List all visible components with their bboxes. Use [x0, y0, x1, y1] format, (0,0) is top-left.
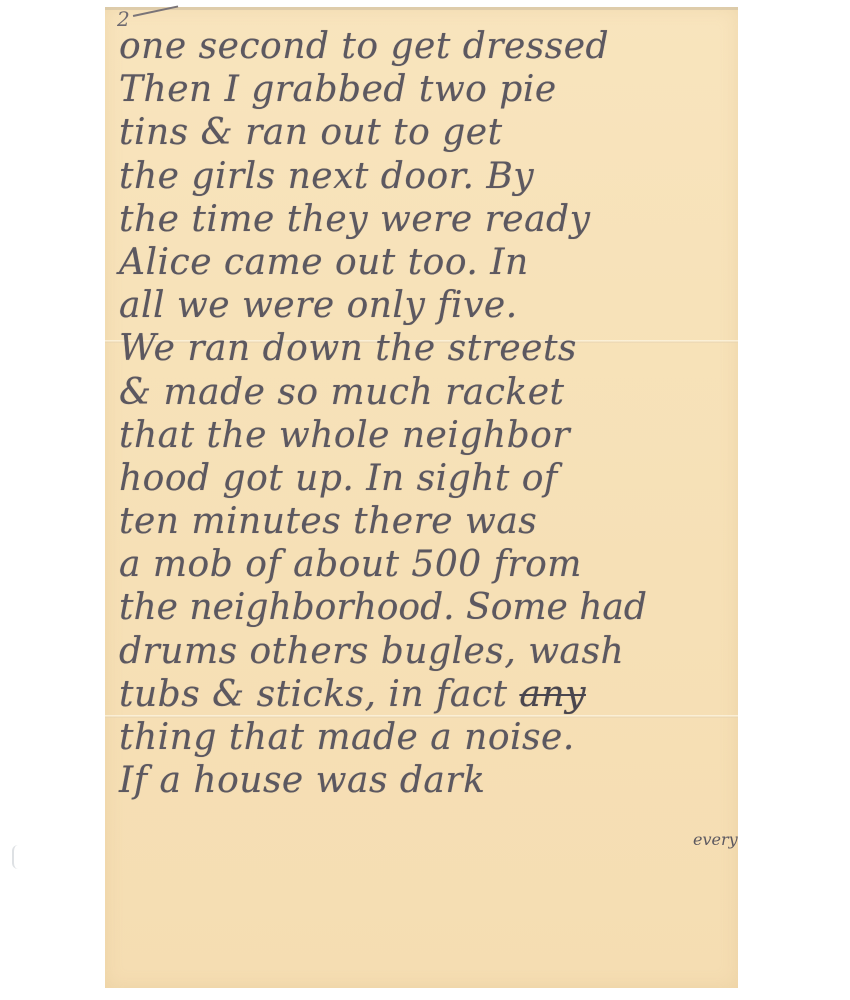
text-line: that the whole neighbor: [119, 414, 734, 457]
inserted-word: every: [693, 830, 738, 849]
text-line: thing that made a noise.: [119, 716, 734, 759]
text-line: & made so much racket: [119, 371, 734, 414]
text-line: tubs & sticks, in fact any: [119, 673, 734, 716]
text-line: the girls next door. By: [119, 155, 734, 198]
text-line: Then I grabbed two pie: [119, 68, 734, 111]
text-line: the time they were ready: [119, 198, 734, 241]
text-segment: tubs & sticks, in fact: [119, 674, 507, 715]
text-line: the neighborhood. Some had: [119, 586, 734, 629]
text-line: ten minutes there was: [119, 500, 734, 543]
text-line: Alice came out too. In: [119, 241, 734, 284]
text-line: tins & ran out to get: [119, 111, 734, 154]
text-line: If a house was dark: [119, 759, 734, 802]
text-line: drums others bugles, wash: [119, 630, 734, 673]
struck-word: any: [519, 674, 586, 715]
text-line: one second to get dressed: [119, 25, 734, 68]
text-line: a mob of about 500 from: [119, 543, 734, 586]
text-line: all we were only five.: [119, 284, 734, 327]
letter-page: 2 one second to get dressed Then I grabb…: [105, 7, 738, 988]
scan-artifact: [12, 845, 24, 869]
handwritten-text: one second to get dressed Then I grabbed…: [119, 25, 734, 802]
text-line: We ran down the streets: [119, 327, 734, 370]
text-line: hood got up. In sight of: [119, 457, 734, 500]
